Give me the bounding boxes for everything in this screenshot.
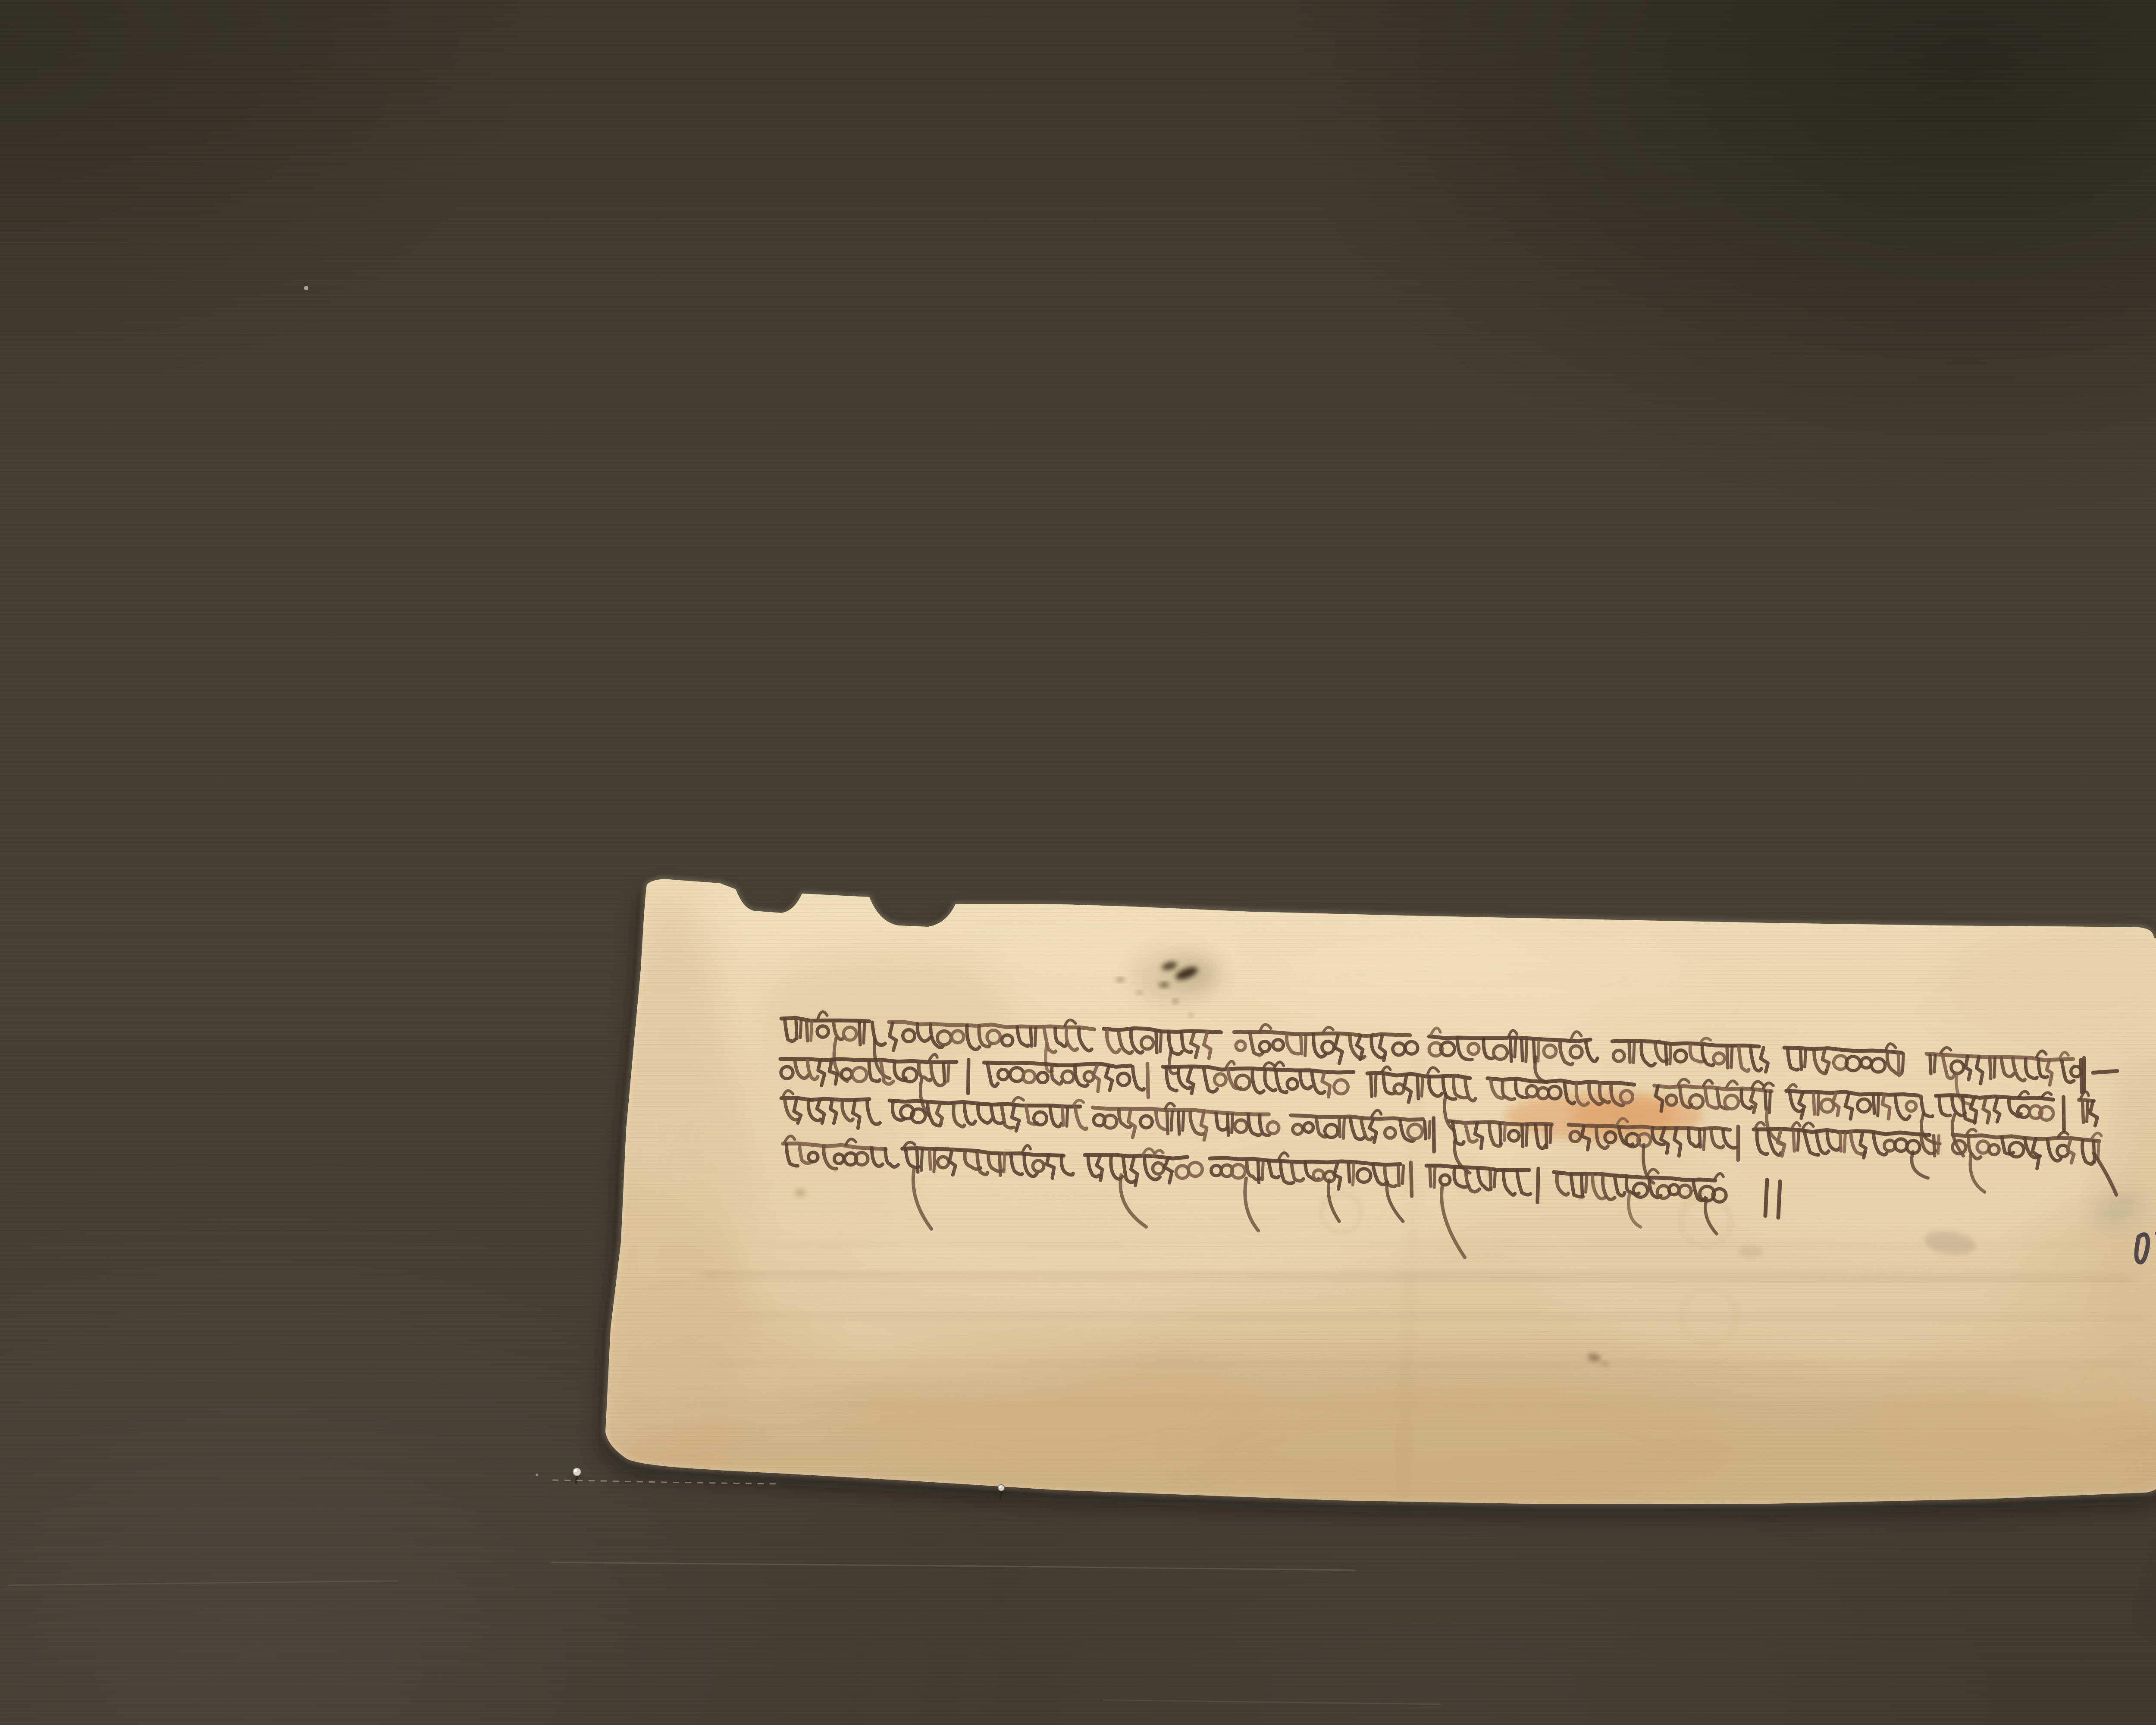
manuscript-scene [0, 0, 2156, 1725]
photograph-of-manuscript [0, 0, 2156, 1725]
